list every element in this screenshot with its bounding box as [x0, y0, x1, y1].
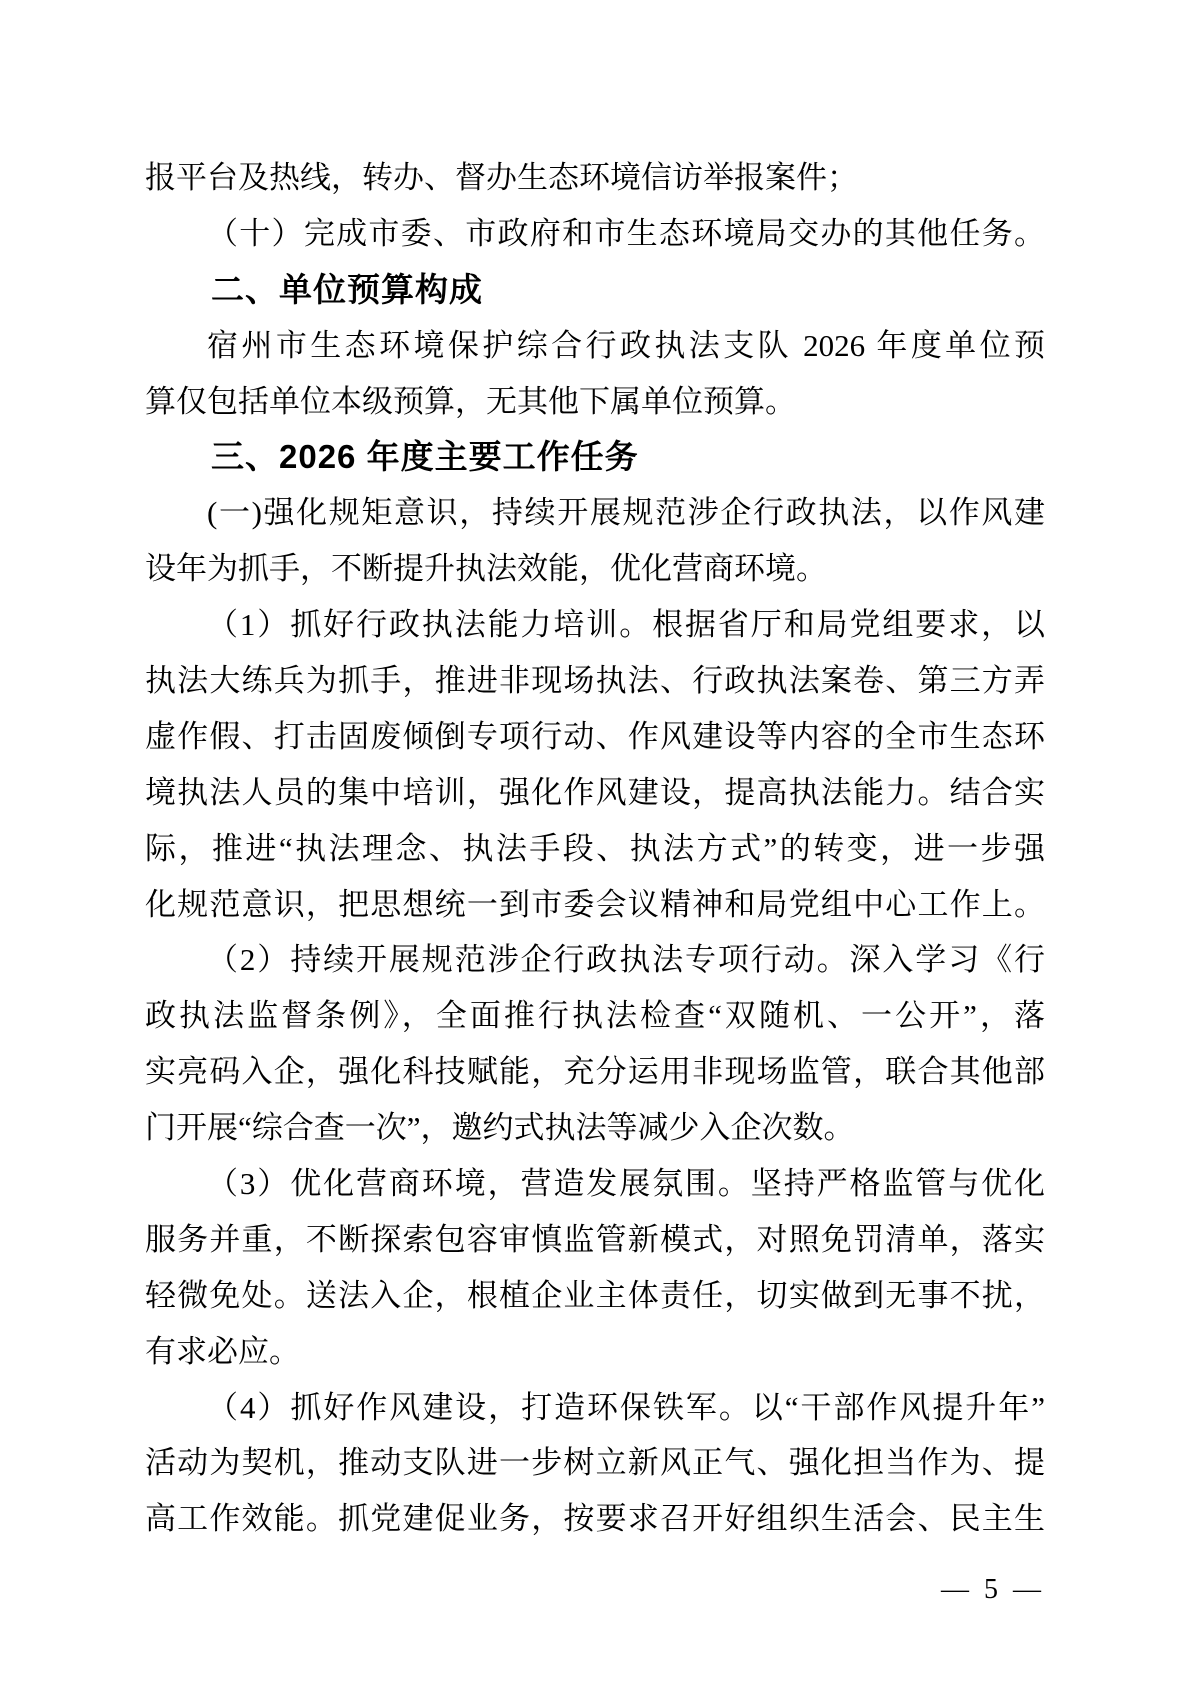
document-body: 报平台及热线，转办、督办生态环境信访举报案件；（十）完成市委、市政府和市生态环境…	[145, 150, 1045, 1547]
section-heading: 二、单位预算构成	[145, 262, 1045, 318]
page-footer: — 5 —	[745, 1574, 1045, 1606]
text-line: 宿州市生态环境保护综合行政执法支队 2026 年度单位预	[145, 318, 1045, 374]
text-line: 设年为抓手，不断提升执法效能，优化营商环境。	[145, 541, 1045, 597]
text-line: 政执法监督条例》，全面推行执法检查“双随机、一公开”，落	[145, 988, 1045, 1044]
text-line: 服务并重，不断探索包容审慎监管新模式，对照免罚清单，落实	[145, 1212, 1045, 1268]
text-line: 算仅包括单位本级预算，无其他下属单位预算。	[145, 374, 1045, 430]
text-line: (一)强化规矩意识，持续开展规范涉企行政执法，以作风建	[145, 485, 1045, 541]
text-line: 际，推进“执法理念、执法手段、执法方式”的转变，进一步强	[145, 821, 1045, 877]
text-line: 实亮码入企，强化科技赋能，充分运用非现场监管，联合其他部	[145, 1044, 1045, 1100]
text-line: 境执法人员的集中培训，强化作风建设，提高执法能力。结合实	[145, 765, 1045, 821]
text-line: （2）持续开展规范涉企行政执法专项行动。深入学习《行	[145, 932, 1045, 988]
text-line: 报平台及热线，转办、督办生态环境信访举报案件；	[145, 150, 1045, 206]
text-line: 轻微免处。送法入企，根植企业主体责任，切实做到无事不扰，	[145, 1268, 1045, 1324]
text-line: （1）抓好行政执法能力培训。根据省厅和局党组要求，以	[145, 597, 1045, 653]
text-line: 虚作假、打击固废倾倒专项行动、作风建设等内容的全市生态环	[145, 709, 1045, 765]
page-number: — 5 —	[941, 1574, 1045, 1605]
text-line: 化规范意识，把思想统一到市委会议精神和局党组中心工作上。	[145, 877, 1045, 933]
text-line: （3）优化营商环境，营造发展氛围。坚持严格监管与优化	[145, 1156, 1045, 1212]
document-page: 报平台及热线，转办、督办生态环境信访举报案件；（十）完成市委、市政府和市生态环境…	[0, 0, 1190, 1683]
text-line: 活动为契机，推动支队进一步树立新风正气、强化担当作为、提	[145, 1435, 1045, 1491]
text-line: 有求必应。	[145, 1324, 1045, 1380]
text-line: （4）抓好作风建设，打造环保铁军。以“干部作风提升年”	[145, 1380, 1045, 1436]
text-line: （十）完成市委、市政府和市生态环境局交办的其他任务。	[145, 206, 1045, 262]
text-line: 门开展“综合查一次”，邀约式执法等减少入企次数。	[145, 1100, 1045, 1156]
section-heading: 三、2026 年度主要工作任务	[145, 429, 1045, 485]
text-line: 高工作效能。抓党建促业务，按要求召开好组织生活会、民主生	[145, 1491, 1045, 1547]
text-line: 执法大练兵为抓手，推进非现场执法、行政执法案卷、第三方弄	[145, 653, 1045, 709]
